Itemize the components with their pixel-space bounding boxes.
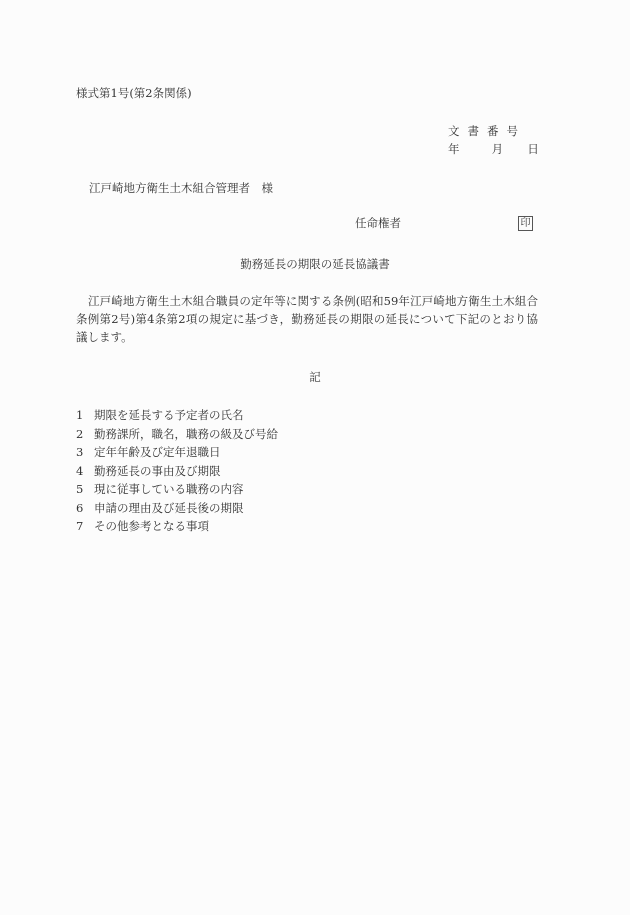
document-number-label: 文書番号 [448, 123, 526, 139]
item-text: その他参考となる事項 [94, 519, 209, 533]
appointer-label: 任命権者 [355, 215, 401, 231]
item-number: 2 [76, 425, 94, 444]
day-label: 日 [527, 141, 539, 157]
item-list: 1期限を延長する予定者の氏名 2勤務課所，職名，職務の級及び号給 3定年年齢及び… [76, 406, 278, 536]
list-item: 6申請の理由及び延長後の期限 [76, 499, 278, 518]
year-label: 年 [448, 141, 478, 157]
item-number: 1 [76, 406, 94, 425]
list-item: 5現に従事している職務の内容 [76, 480, 278, 499]
list-item: 7その他参考となる事項 [76, 517, 278, 536]
item-text: 定年年齢及び定年退職日 [94, 445, 221, 459]
item-text: 現に従事している職務の内容 [94, 482, 244, 496]
item-number: 5 [76, 480, 94, 499]
item-text: 期限を延長する予定者の氏名 [94, 408, 244, 422]
item-text: 勤務延長の事由及び期限 [94, 464, 221, 478]
list-item: 3定年年齢及び定年退職日 [76, 443, 278, 462]
item-number: 4 [76, 462, 94, 481]
form-number: 様式第1号(第2条関係) [76, 85, 192, 101]
ki-heading: 記 [0, 369, 630, 385]
item-number: 3 [76, 443, 94, 462]
document-title: 勤務延長の期限の延長協議書 [0, 256, 630, 272]
item-text: 勤務課所，職名，職務の級及び号給 [94, 427, 278, 441]
month-label: 月 [492, 141, 518, 157]
item-number: 7 [76, 517, 94, 536]
item-text: 申請の理由及び延長後の期限 [94, 501, 244, 515]
addressee: 江戸崎地方衛生土木組合管理者 様 [89, 180, 273, 196]
list-item: 4勤務延長の事由及び期限 [76, 462, 278, 481]
body-paragraph: 江戸崎地方衛生土木組合職員の定年等に関する条例(昭和59年江戸崎地方衛生土木組合… [76, 292, 538, 346]
date-line: 年 月 日 [448, 141, 539, 157]
item-number: 6 [76, 499, 94, 518]
list-item: 1期限を延長する予定者の氏名 [76, 406, 278, 425]
list-item: 2勤務課所，職名，職務の級及び号給 [76, 425, 278, 444]
seal-mark: 印 [518, 216, 533, 231]
